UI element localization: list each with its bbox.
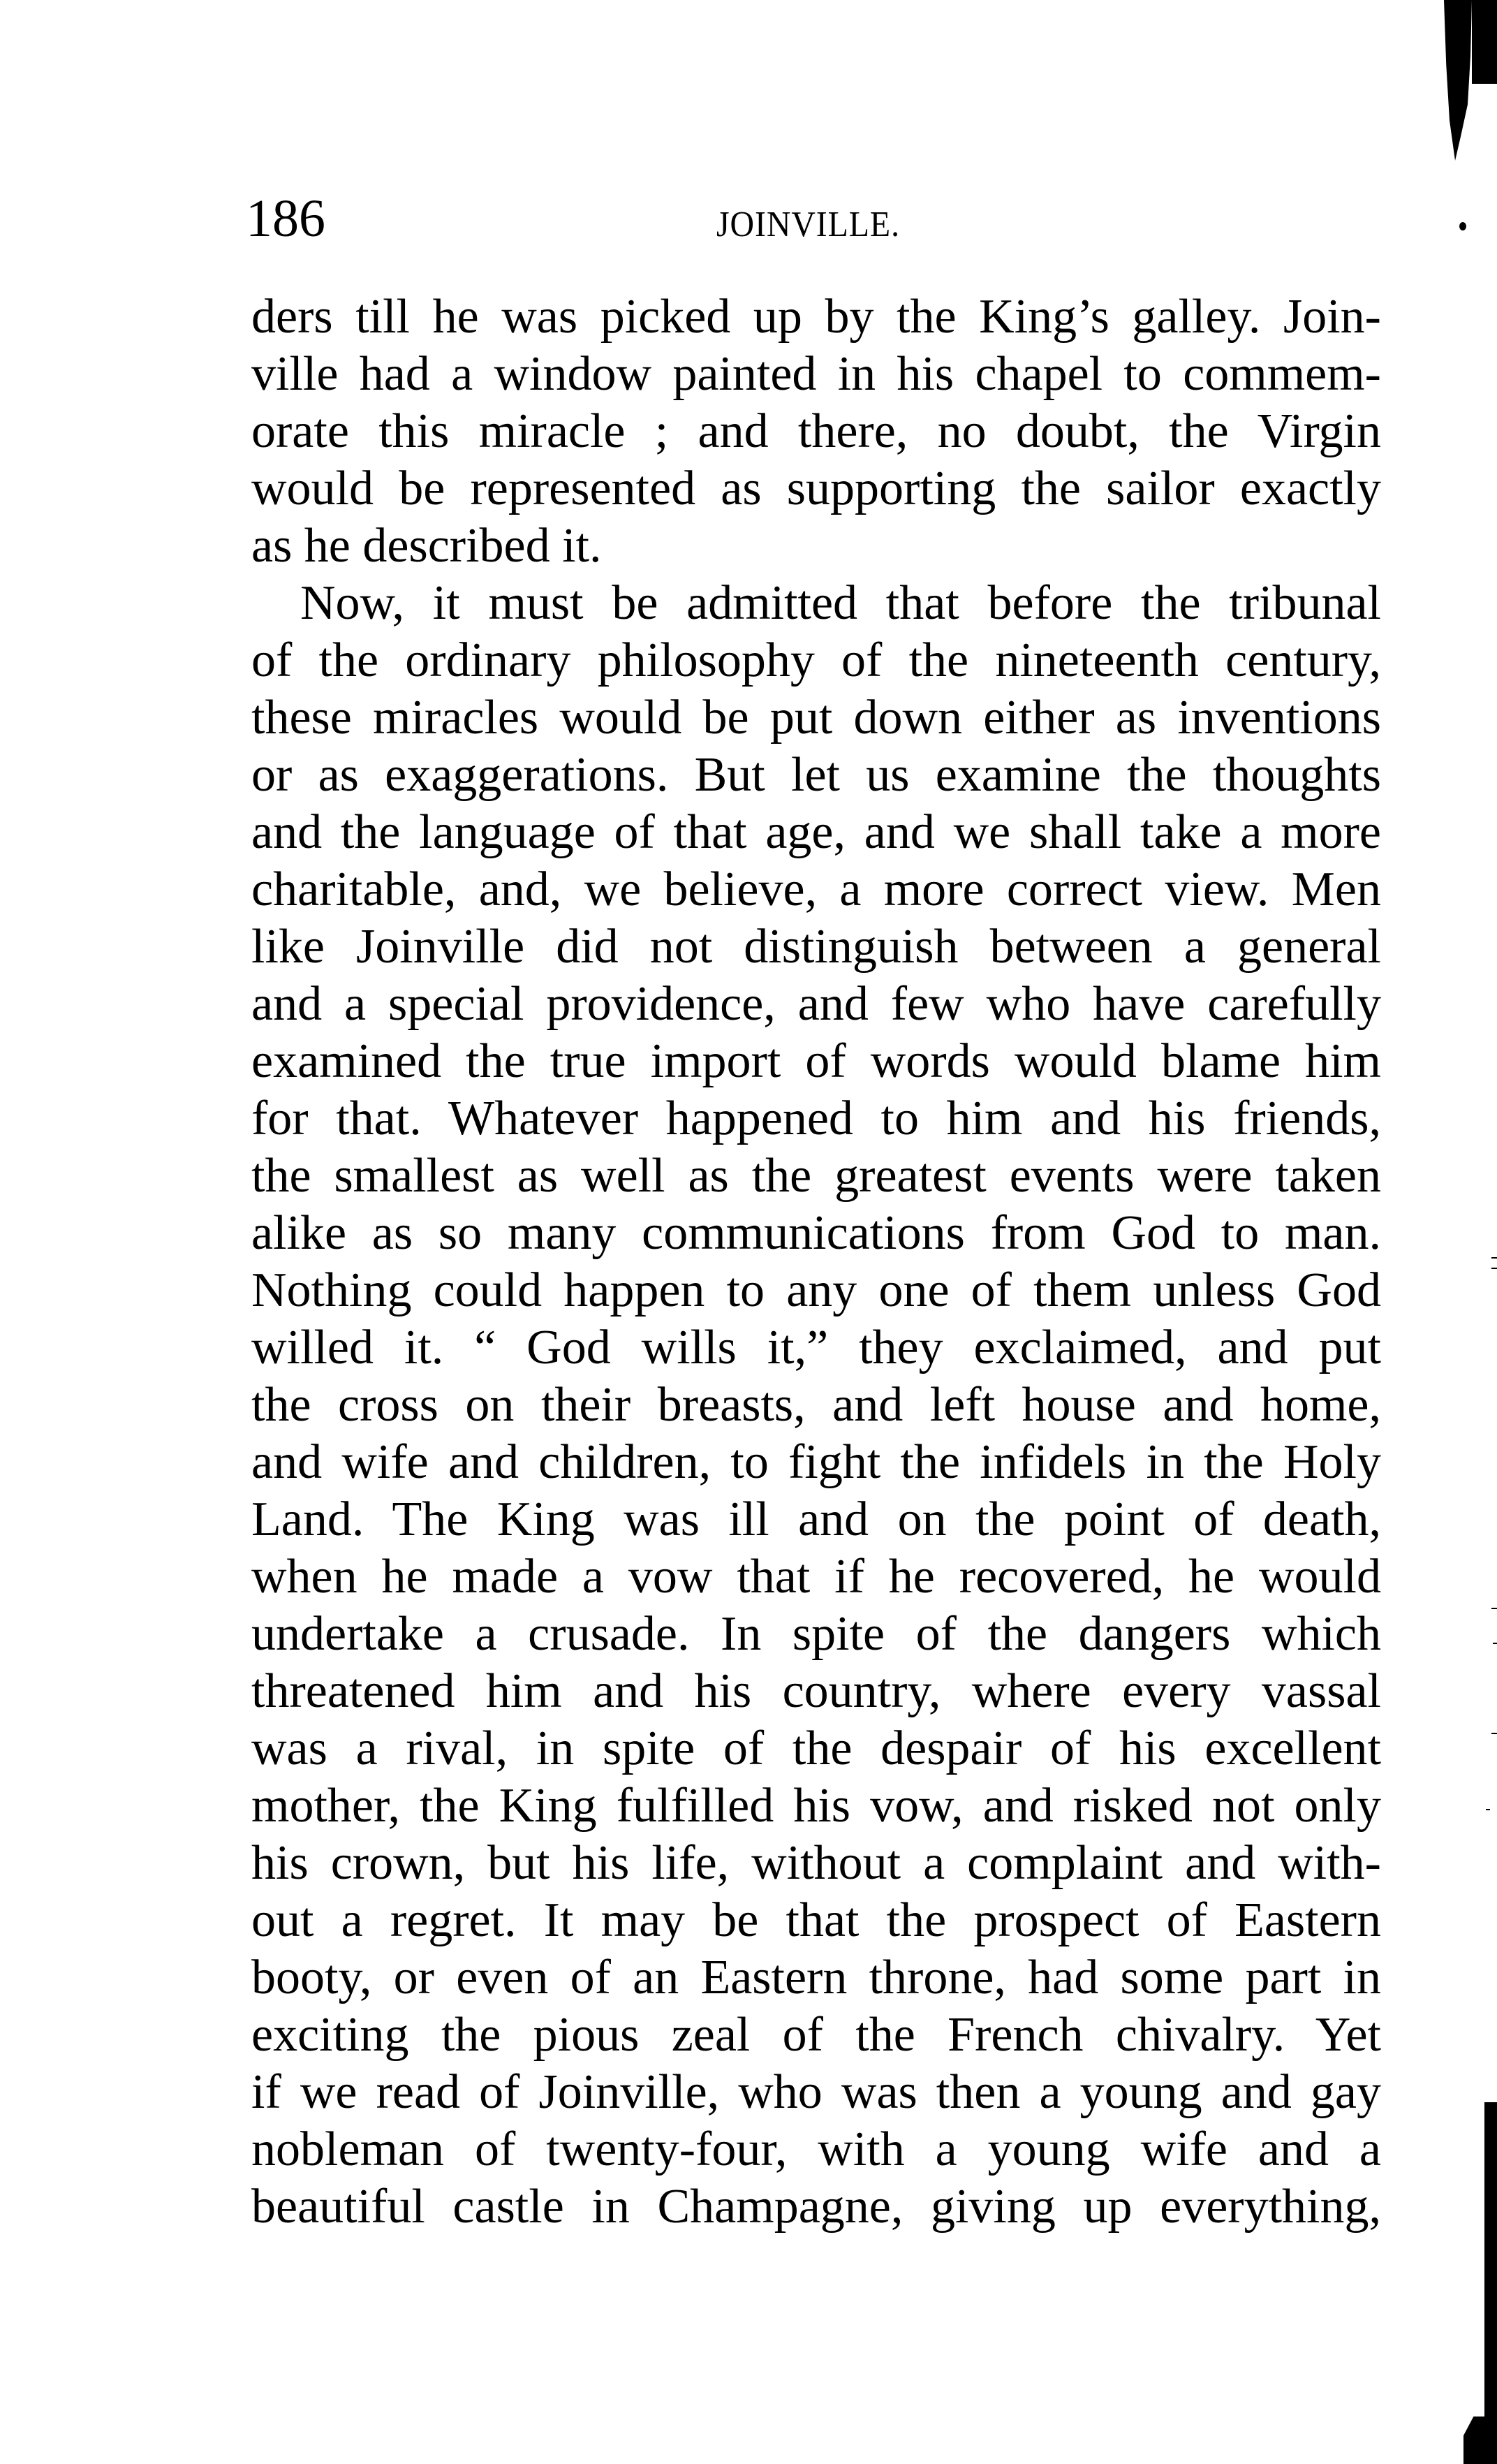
scan-speck [1459, 222, 1466, 230]
text-line: these miracles would be put down either … [251, 689, 1381, 747]
text-line: would be represented as supporting the s… [251, 460, 1381, 518]
scan-ink-blot-top-edge [1472, 0, 1497, 84]
text-line: mother, the King fulfilled his vow, and … [251, 1777, 1381, 1835]
text-line: Land. The King was ill and on the point … [251, 1491, 1381, 1548]
text-line: out a regret. It may be that the prospec… [251, 1892, 1381, 1949]
scan-margin-mark [1491, 1257, 1497, 1259]
text-line: orate this miracle ; and there, no doubt… [251, 403, 1381, 460]
text-line: beautiful castle in Champagne, giving up… [251, 2178, 1381, 2236]
text-line: was a rival, in spite of the despair of … [251, 1720, 1381, 1777]
text-line: his crown, but his life, without a compl… [251, 1835, 1381, 1892]
scan-page-edge-corner [1463, 2417, 1497, 2464]
scan-margin-mark [1491, 1733, 1497, 1734]
scan-margin-mark [1491, 1608, 1497, 1609]
text-line-paragraph-start: Now, it must be admitted that before the… [300, 575, 1381, 632]
text-line: exciting the pious zeal of the French ch… [251, 2007, 1381, 2064]
text-line: threatened him and his country, where ev… [251, 1663, 1381, 1720]
scan-ink-blot-top [1444, 0, 1472, 161]
text-line: the cross on their breasts, and left hou… [251, 1377, 1381, 1434]
scanned-book-page: 186 JOINVILLE. ders till he was picked u… [0, 0, 1497, 2464]
text-line: like Joinville did not distinguish betwe… [251, 918, 1381, 976]
running-head-title: JOINVILLE. [716, 203, 900, 247]
text-line: ville had a window painted in his chapel… [251, 346, 1381, 403]
text-line: if we read of Joinville, who was then a … [251, 2064, 1381, 2121]
scan-margin-mark [1493, 1643, 1497, 1644]
text-line: or as exaggerations. But let us examine … [251, 747, 1381, 804]
scan-page-edge-bottom [1484, 2102, 1497, 2464]
text-line: ders till he was picked up by the King’s… [251, 288, 1381, 346]
scan-margin-mark [1491, 1268, 1497, 1269]
scan-margin-mark [1486, 1809, 1490, 1810]
text-line: when he made a vow that if he recovered,… [251, 1548, 1381, 1606]
text-line: and wife and children, to fight the infi… [251, 1434, 1381, 1491]
page-number: 186 [246, 187, 325, 250]
text-line: undertake a crusade. In spite of the dan… [251, 1606, 1381, 1663]
text-line: willed it. “ God wills it,” they exclaim… [251, 1319, 1381, 1377]
text-line: alike as so many communications from God… [251, 1205, 1381, 1262]
text-line: and the language of that age, and we sha… [251, 804, 1381, 861]
text-line: booty, or even of an Eastern throne, had… [251, 1949, 1381, 2007]
text-line: charitable, and, we believe, a more corr… [251, 861, 1381, 918]
text-line: Nothing could happen to any one of them … [251, 1262, 1381, 1319]
text-line: the smallest as well as the greatest eve… [251, 1147, 1381, 1205]
text-line: of the ordinary philosophy of the ninete… [251, 632, 1381, 689]
text-line: nobleman of twenty-four, with a young wi… [251, 2121, 1381, 2178]
text-line-paragraph-end: as he described it. [251, 518, 601, 575]
text-line: and a special providence, and few who ha… [251, 976, 1381, 1033]
text-line: examined the true import of words would … [251, 1033, 1381, 1090]
text-line: for that. Whatever happened to him and h… [251, 1090, 1381, 1147]
